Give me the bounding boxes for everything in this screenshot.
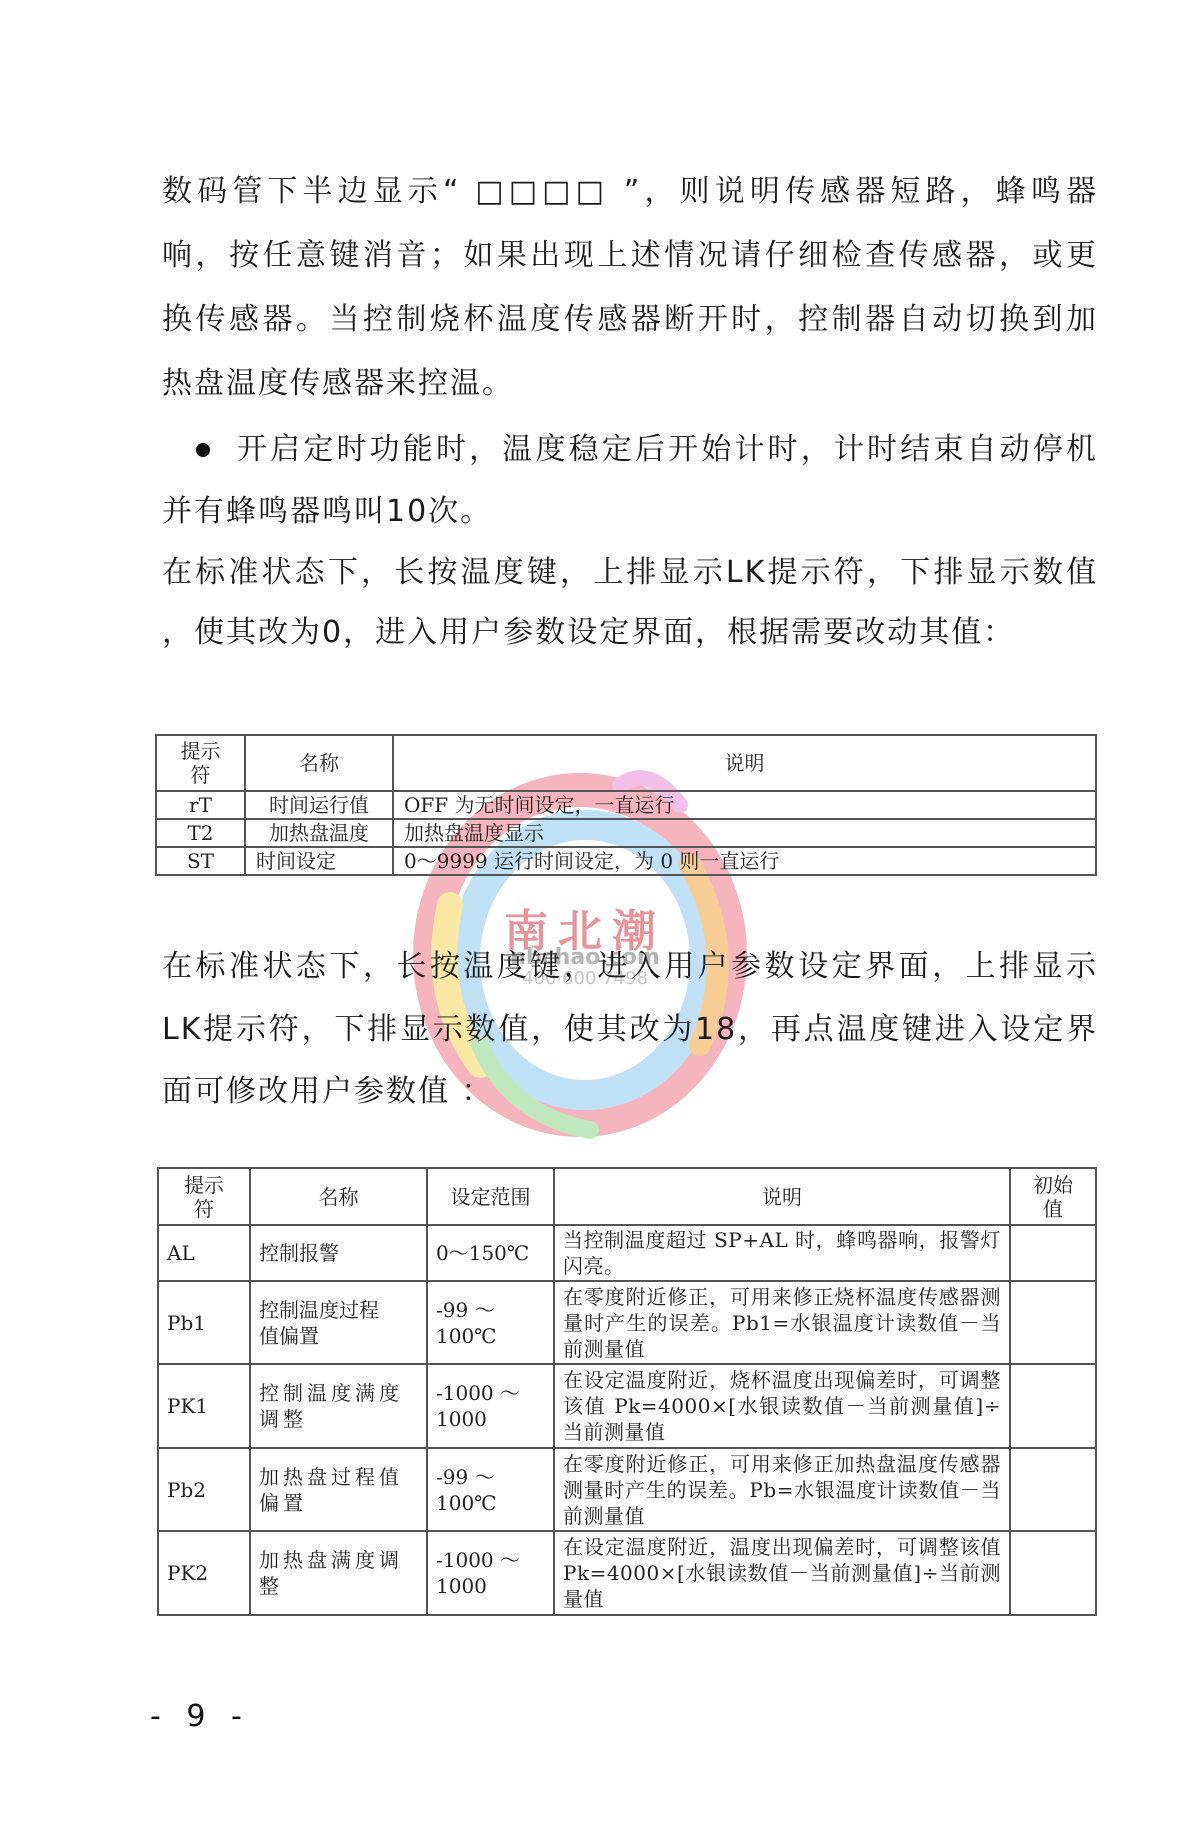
text-line: LK提示符，下排显示数值，使其改为18，再点温度键进入设定界 (162, 1010, 1098, 1050)
cell-code: PK1 (158, 1364, 250, 1448)
cell-initial (1010, 1225, 1096, 1281)
text-line: ，使其改为0，进入用户参数设定界面，根据需要改动其值： (162, 613, 1098, 653)
header-name: 名称 (250, 1168, 427, 1225)
cell-range: -1000 ～ 1000 (427, 1364, 554, 1448)
cell-name: 加热盘满度调整 (250, 1531, 427, 1615)
table-row: PK2 加热盘满度调整 -1000 ～ 1000 在设定温度附近，温度出现偏差时… (158, 1531, 1096, 1615)
table-time-params: 提示符 名称 说明 rT 时间运行值 OFF 为无时间设定，一直运行 T2 加热… (155, 734, 1097, 876)
cell-initial (1010, 1448, 1096, 1531)
text-line: 面可修改用户参数值 ： (162, 1072, 1098, 1112)
header-code: 提示符 (156, 735, 245, 791)
text-line: 热盘温度传感器来控温。 (162, 364, 1098, 404)
cell-desc: 当控制温度超过 SP+AL 时，蜂鸣器响，报警灯闪亮。 (554, 1225, 1010, 1281)
cell-desc: 在设定温度附近，烧杯温度出现偏差时，可调整该值 Pk=4000×[水银读数值－当… (554, 1364, 1010, 1448)
bullet-icon (196, 443, 210, 457)
table-user-params: 提示符 名称 设定范围 说明 初始值 AL 控制报警 0～150℃ 当控制温度超… (157, 1167, 1097, 1616)
header-desc: 说明 (393, 735, 1096, 791)
header-desc: 说明 (554, 1168, 1010, 1225)
text-line: 在标准状态下，长按温度键，进入用户参数设定界面，上排显示 (162, 947, 1098, 987)
cell-desc: OFF 为无时间设定，一直运行 (393, 791, 1096, 819)
cell-desc: 加热盘温度显示 (393, 819, 1096, 847)
cell-desc: 在零度附近修正，可用来修正烧杯温度传感器测量时产生的误差。Pb1=水银温度计读数… (554, 1281, 1010, 1364)
cell-code: ST (156, 847, 245, 875)
cell-range: -99 ～ 100℃ (427, 1448, 554, 1531)
text-line: 换传感器。当控制烧杯温度传感器断开时，控制器自动切换到加 (162, 300, 1098, 340)
table-header-row: 提示符 名称 设定范围 说明 初始值 (158, 1168, 1096, 1225)
table-row: ST 时间设定 0～9999 运行时间设定，为 0 则一直运行 (156, 847, 1096, 875)
cell-desc: 在设定温度附近，温度出现偏差时，可调整该值 Pk=4000×[水银读数值－当前测… (554, 1531, 1010, 1615)
cell-code: Pb2 (158, 1448, 250, 1531)
cell-range: 0～150℃ (427, 1225, 554, 1281)
cell-name: 控制温度过程值偏置 (250, 1281, 427, 1364)
cell-code: PK2 (158, 1531, 250, 1615)
cell-range: -1000 ～ 1000 (427, 1531, 554, 1615)
cell-name: 加热盘过程值偏置 (250, 1448, 427, 1531)
cell-code: T2 (156, 819, 245, 847)
cell-name: 加热盘温度 (245, 819, 393, 847)
text-line: 在标准状态下，长按温度键，上排显示LK提示符，下排显示数值 (162, 553, 1098, 593)
cell-name: 时间运行值 (245, 791, 393, 819)
table-row: rT 时间运行值 OFF 为无时间设定，一直运行 (156, 791, 1096, 819)
cell-code: Pb1 (158, 1281, 250, 1364)
cell-initial (1010, 1281, 1096, 1364)
cell-range: -99 ～ 100℃ (427, 1281, 554, 1364)
cell-name: 控制温度满度调整 (250, 1364, 427, 1448)
table-row: Pb1 控制温度过程值偏置 -99 ～ 100℃ 在零度附近修正，可用来修正烧杯… (158, 1281, 1096, 1364)
table-row: PK1 控制温度满度调整 -1000 ～ 1000 在设定温度附近，烧杯温度出现… (158, 1364, 1096, 1448)
table-header-row: 提示符 名称 说明 (156, 735, 1096, 791)
cell-desc: 在零度附近修正，可用来修正加热盘温度传感器测量时产生的误差。Pb=水银温度计读数… (554, 1448, 1010, 1531)
header-initial: 初始值 (1010, 1168, 1096, 1225)
cell-name: 控制报警 (250, 1225, 427, 1281)
table-row: AL 控制报警 0～150℃ 当控制温度超过 SP+AL 时，蜂鸣器响，报警灯闪… (158, 1225, 1096, 1281)
header-range: 设定范围 (427, 1168, 554, 1225)
table-row: Pb2 加热盘过程值偏置 -99 ～ 100℃ 在零度附近修正，可用来修正加热盘… (158, 1448, 1096, 1531)
text-line: 开启定时功能时，温度稳定后开始计时，计时结束自动停机 (237, 430, 1098, 470)
header-code: 提示符 (158, 1168, 250, 1225)
text-line: 响，按任意键消音；如果出现上述情况请仔细检查传感器，或更 (162, 236, 1098, 276)
header-name: 名称 (245, 735, 393, 791)
text-line: 数码管下半边显示“ □□□□ ”，则说明传感器短路，蜂鸣器 (162, 172, 1098, 212)
cell-code: rT (156, 791, 245, 819)
cell-name: 时间设定 (245, 847, 393, 875)
cell-initial (1010, 1364, 1096, 1448)
cell-initial (1010, 1531, 1096, 1615)
cell-desc: 0～9999 运行时间设定，为 0 则一直运行 (393, 847, 1096, 875)
cell-code: AL (158, 1225, 250, 1281)
table-row: T2 加热盘温度 加热盘温度显示 (156, 819, 1096, 847)
text-line: 并有蜂鸣器鸣叫10次。 (162, 492, 1098, 532)
page-number: - 9 - (150, 1700, 250, 1734)
